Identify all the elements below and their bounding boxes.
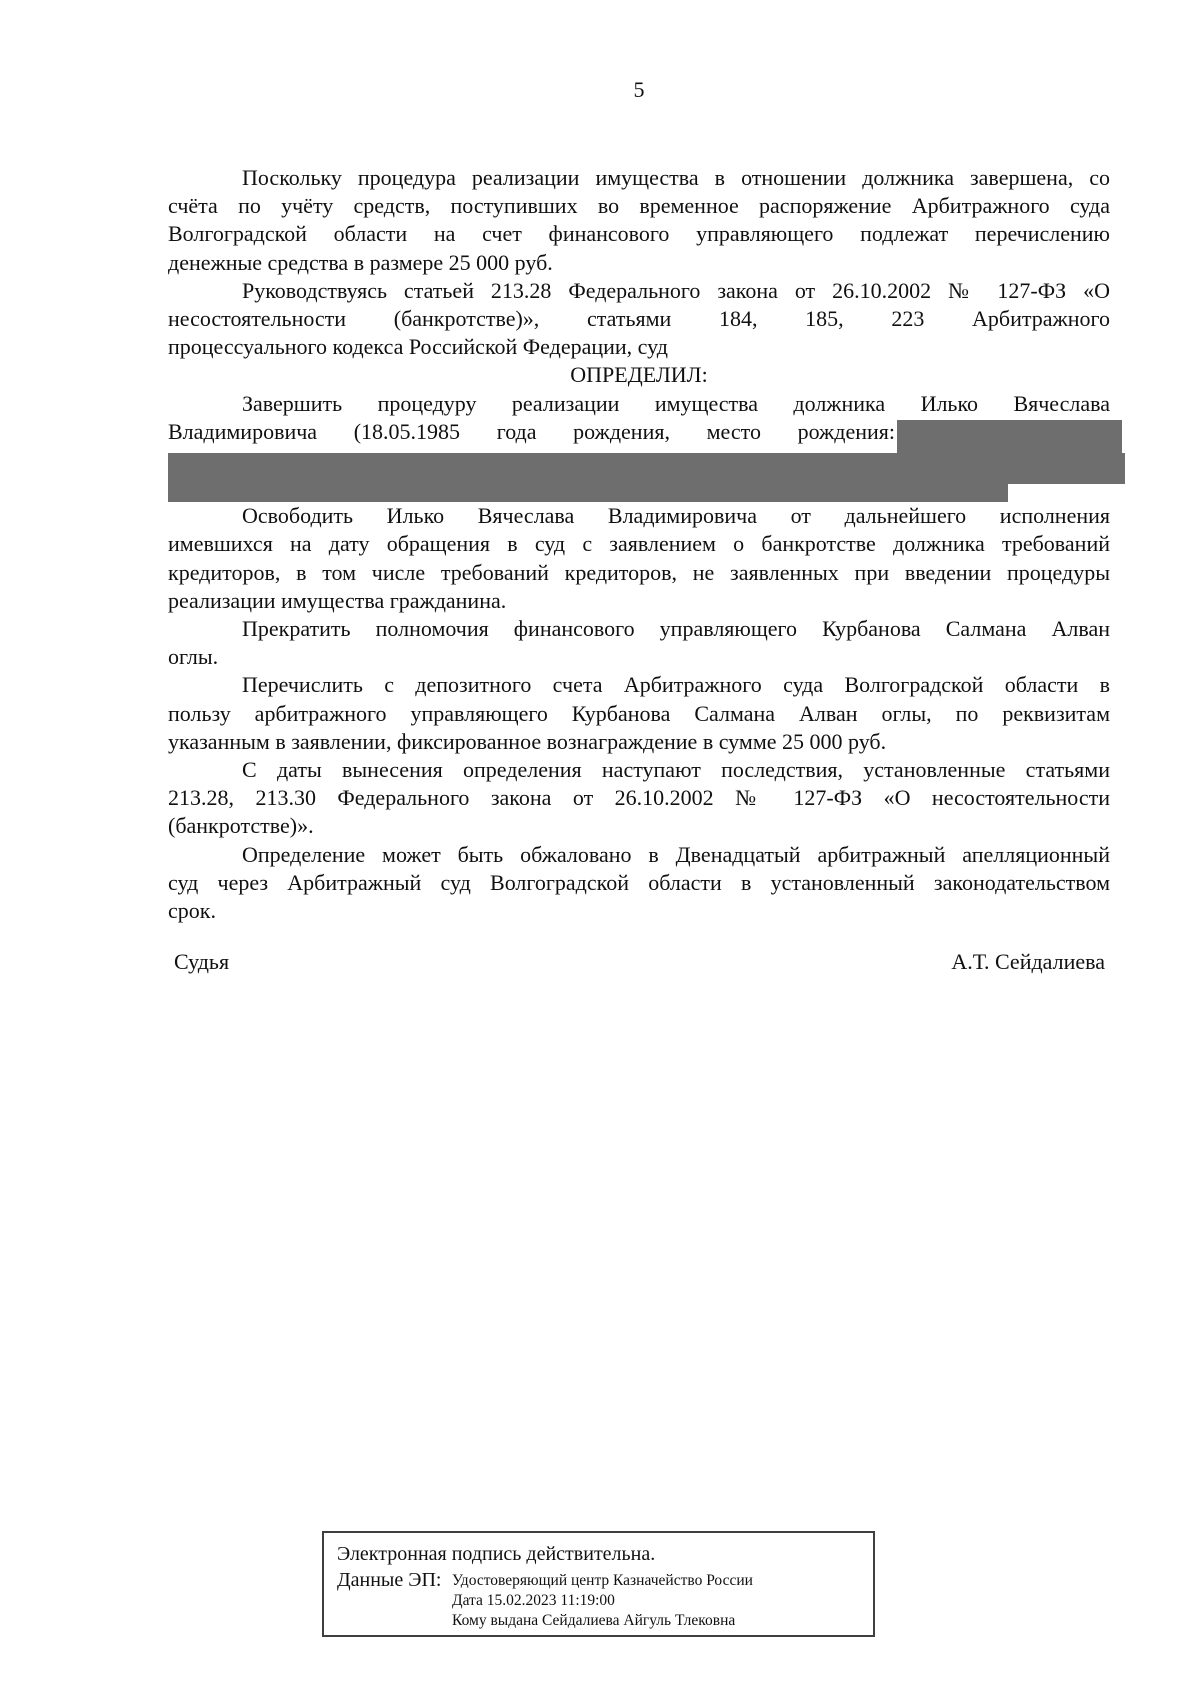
body-line: Поскольку процедура реализации имущества…: [168, 164, 1110, 192]
body-line: Определение может быть обжаловано в Двен…: [168, 841, 1110, 869]
body-line: срок.: [168, 897, 1110, 925]
body-line: реализации имущества гражданина.: [168, 587, 1110, 615]
body-line: суд через Арбитражный суд Волгоградской …: [168, 869, 1110, 897]
stamp-authority: Удостоверяющий центр Казначейство России: [452, 1571, 753, 1591]
esignature-stamp-box: Электронная подпись действительна. Данны…: [322, 1531, 875, 1637]
judge-name: А.Т. Сейдалиева: [951, 948, 1105, 976]
body-line: пользу арбитражного управляющего Курбано…: [168, 700, 1110, 728]
stamp-issued-to: Кому выдана Сейдалиева Айгуль Тлековна: [452, 1611, 735, 1631]
stamp-data-label: Данные ЭП:: [337, 1568, 441, 1592]
body-line: Прекратить полномочия финансового управл…: [168, 615, 1110, 643]
redaction-block-full-line: [168, 453, 1125, 484]
body-line: 213.28, 213.30 Федерального закона от 26…: [168, 784, 1110, 812]
body-line: Руководствуясь статьей 213.28 Федерально…: [168, 277, 1110, 305]
signature-row: Судья А.Т. Сейдалиева: [174, 948, 1105, 976]
body-line: Волгоградской области на счет финансовог…: [168, 220, 1110, 248]
body-line: процессуального кодекса Российской Федер…: [168, 333, 1110, 361]
body-line: Завершить процедуру реализации имущества…: [168, 390, 1110, 418]
body-line: счёта по учёту средств, поступивших во в…: [168, 192, 1110, 220]
stamp-validity-text: Электронная подпись действительна.: [337, 1542, 655, 1566]
body-line: (банкротстве)».: [168, 812, 1110, 840]
page-number: 5: [168, 76, 1110, 104]
body-line: Перечислить с депозитного счета Арбитраж…: [168, 671, 1110, 699]
body-line: кредиторов, в том числе требований креди…: [168, 559, 1110, 587]
body-line: оглы.: [168, 643, 1110, 671]
body-line: имевшихся на дату обращения в суд с заяв…: [168, 530, 1110, 558]
court-ruling-page: 5 Поскольку процедура реализации имущест…: [0, 0, 1200, 1698]
redaction-block-partial-line: [168, 484, 1008, 502]
resolution-heading: ОПРЕДЕЛИЛ:: [168, 361, 1110, 389]
redaction-block-birthplace: [897, 420, 1122, 453]
body-line: указанным в заявлении, фиксированное воз…: [168, 728, 1110, 756]
body-line: несостоятельности (банкротстве)», статья…: [168, 305, 1110, 333]
body-line: Владимировича (18.05.1985 года рождения,…: [168, 418, 895, 446]
judge-label: Судья: [174, 948, 229, 976]
stamp-date: Дата 15.02.2023 11:19:00: [452, 1591, 615, 1611]
body-line: денежные средства в размере 25 000 руб.: [168, 249, 1110, 277]
body-line: С даты вынесения определения наступают п…: [168, 756, 1110, 784]
body-line: Освободить Илько Вячеслава Владимировича…: [168, 502, 1110, 530]
ruling-body: Поскольку процедура реализации имущества…: [168, 164, 1110, 925]
